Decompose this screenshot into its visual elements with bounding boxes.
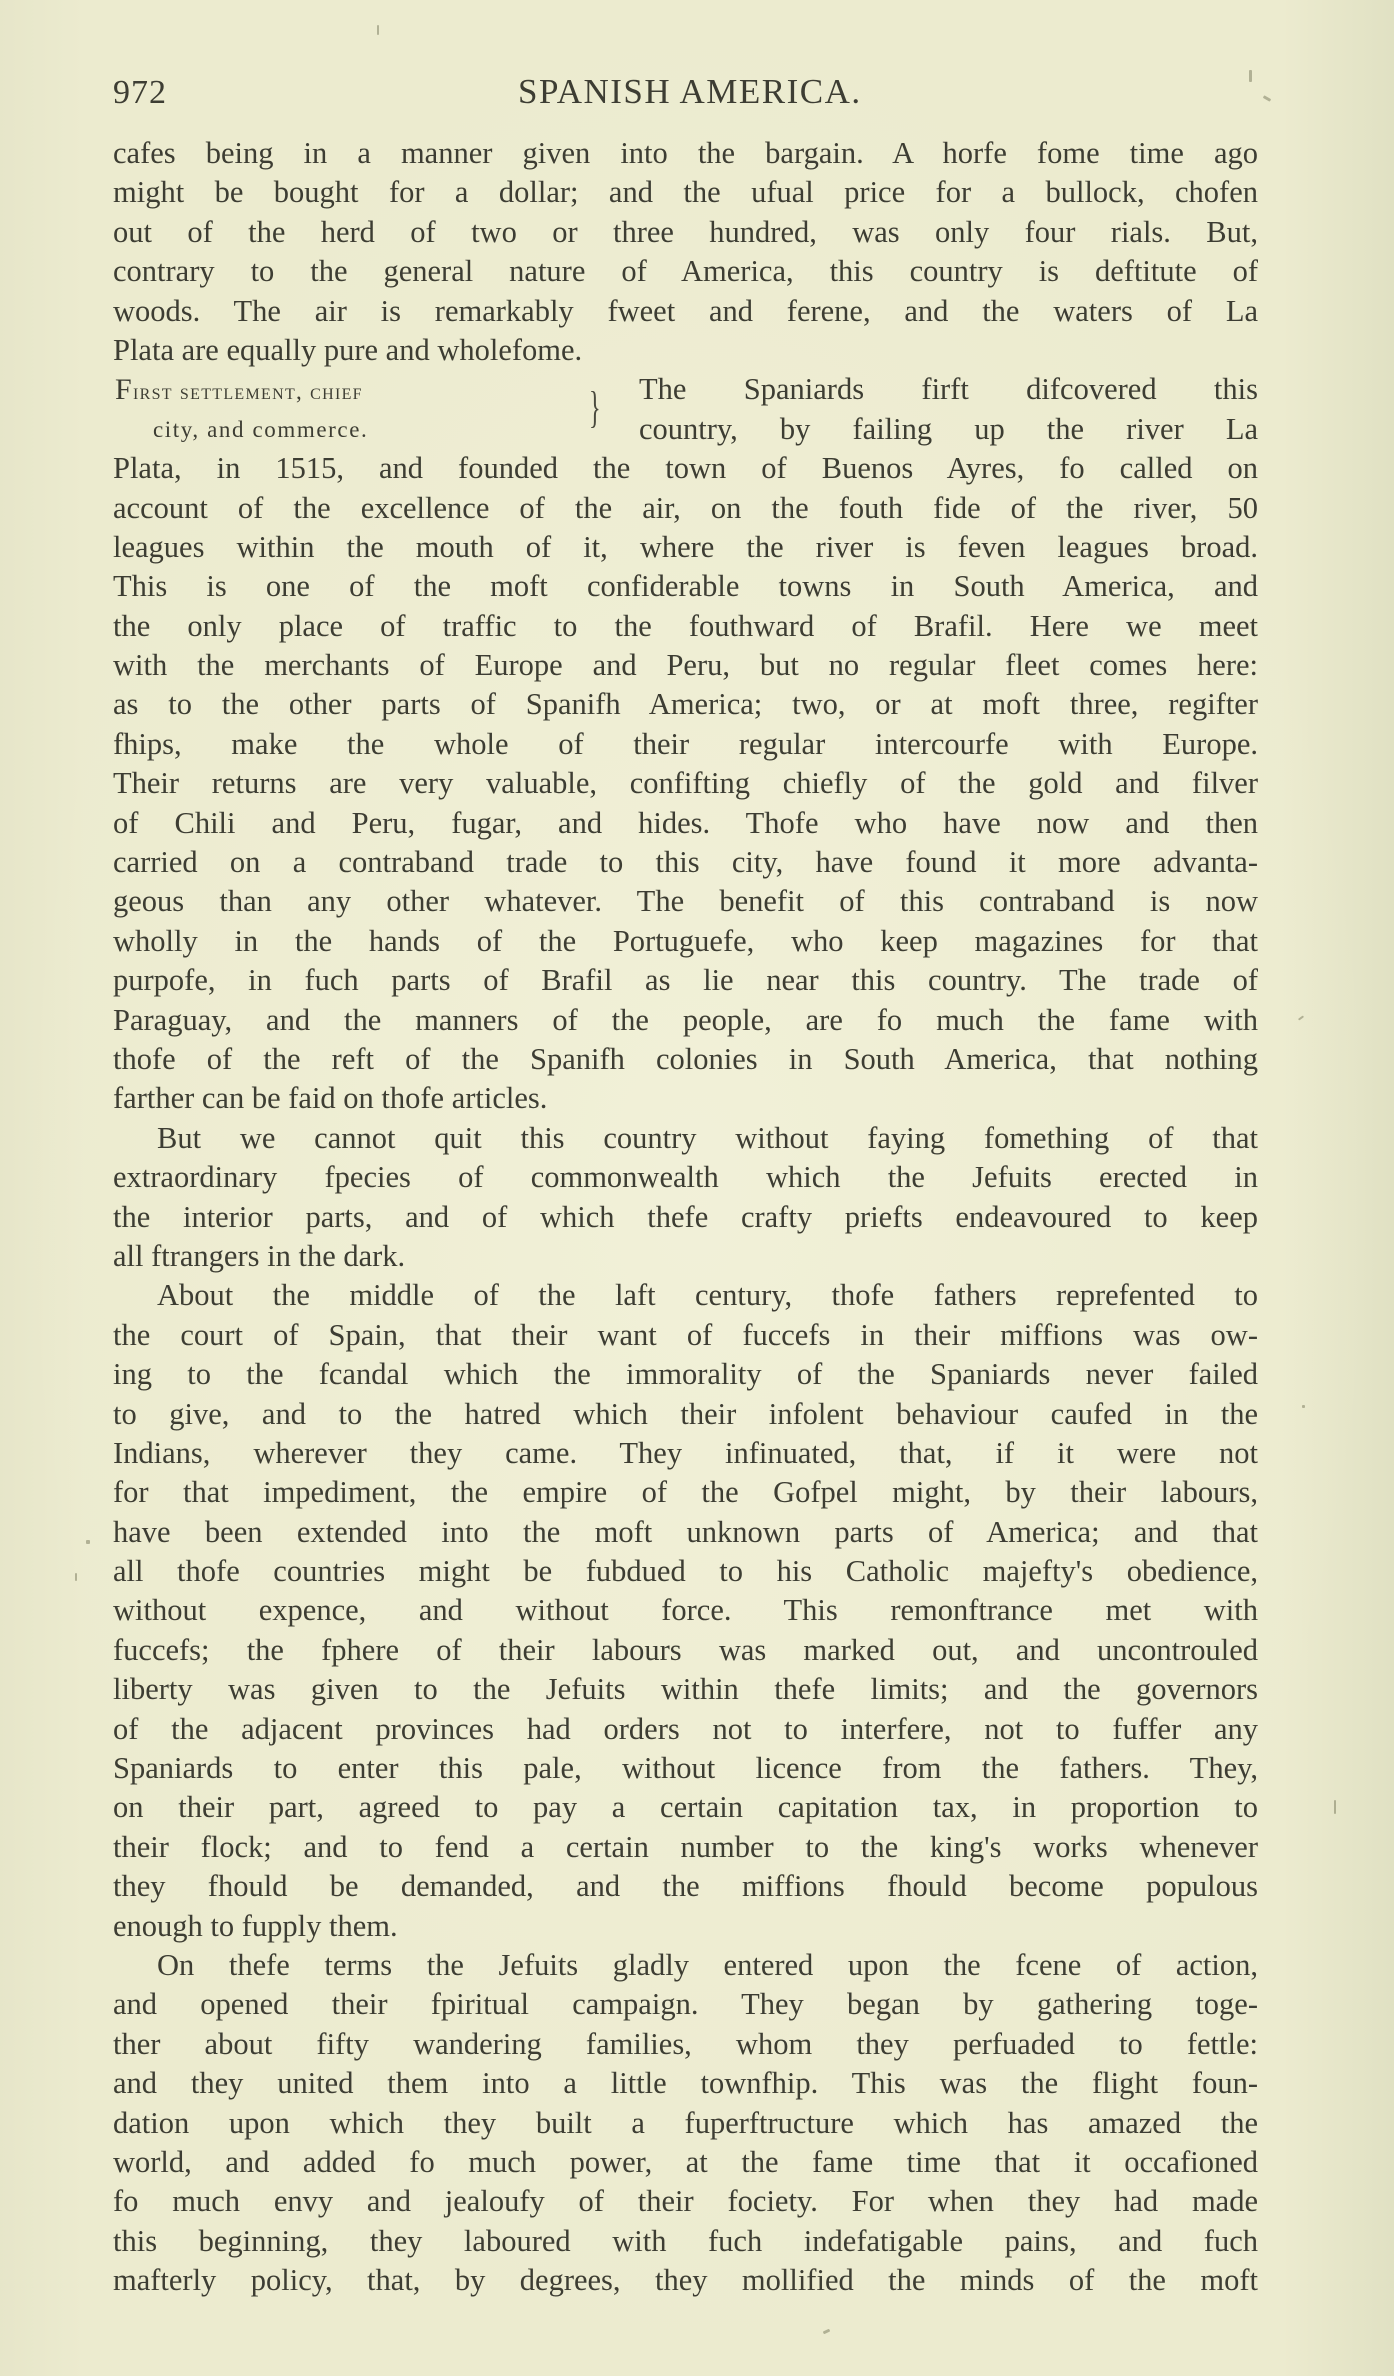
text-line: to give, and to the hatred which their i… [113, 1395, 1258, 1434]
marginal-heading: First settlement, chief [113, 370, 583, 409]
text-line: might be bought for a dollar; and the uf… [113, 173, 1258, 212]
text-line: fhips, make the whole of their regular i… [113, 725, 1258, 764]
text-line: Plata, in 1515, and founded the town of … [113, 449, 1258, 488]
text-line: fo much envy and jealoufy of their focie… [113, 2182, 1258, 2221]
text-line: contrary to the general nature of Americ… [113, 252, 1258, 291]
text-line: purpofe, in fuch parts of Brafil as lie … [113, 961, 1258, 1000]
text-line: account of the excellence of the air, on… [113, 489, 1258, 528]
text-line: geous than any other whatever. The benef… [113, 882, 1258, 921]
book-page: 972 SPANISH AMERICA. cafes being in a ma… [0, 0, 1394, 2376]
section-heading-row: First settlement, chief } The Spaniards … [113, 370, 1258, 409]
paper-speck [1263, 95, 1271, 102]
text-line: leagues within the mouth of it, where th… [113, 528, 1258, 567]
text-line: Spaniards to enter this pale, without li… [113, 1749, 1258, 1788]
text-line: Plata are equally pure and wholefome. [113, 331, 1258, 370]
text-line: their flock; and to fend a certain numbe… [113, 1828, 1258, 1867]
page-number: 972 [113, 74, 167, 112]
text-line: extraordinary fpecies of commonwealth wh… [113, 1158, 1258, 1197]
text-line: out of the herd of two or three hundred,… [113, 213, 1258, 252]
section-heading-row: city, and commerce. country, by failing … [113, 410, 1258, 449]
paper-speck [86, 1540, 90, 1544]
marginal-heading: city, and commerce. [113, 410, 583, 449]
body-text: cafes being in a manner given into the b… [113, 134, 1258, 2300]
text-line: carried on a contraband trade to this ci… [113, 843, 1258, 882]
marginal-heading-line-1: First settlement, chief [115, 370, 363, 411]
paper-speck [1302, 1405, 1305, 1408]
paragraph-start: On thefe terms the Jefuits gladly entere… [113, 1946, 1258, 1985]
text-line: Paraguay, and the manners of the people,… [113, 1001, 1258, 1040]
text-line: dation upon which they built a fuperftru… [113, 2104, 1258, 2143]
paper-speck [1298, 1015, 1304, 1020]
paper-speck [1334, 1800, 1336, 1814]
text-line: Their returns are very valuable, confift… [113, 764, 1258, 803]
paper-speck [823, 2329, 831, 2335]
paragraph-start: But we cannot quit this country without … [113, 1119, 1258, 1158]
page-header: 972 SPANISH AMERICA. [113, 66, 1258, 116]
text-line: country, by failing up the river La [639, 410, 1258, 449]
text-line: and opened their fpiritual campaign. The… [113, 1985, 1258, 2024]
text-line: on their part, agreed to pay a certain c… [113, 1788, 1258, 1827]
text-line: this beginning, they laboured with fuch … [113, 2222, 1258, 2261]
text-line: they fhould be demanded, and the miffion… [113, 1867, 1258, 1906]
text-line: as to the other parts of Spanifh America… [113, 685, 1258, 724]
text-line: for that impediment, the empire of the G… [113, 1473, 1258, 1512]
text-line: mafterly policy, that, by degrees, they … [113, 2261, 1258, 2300]
text-line: woods. The air is remarkably fweet and f… [113, 292, 1258, 331]
text-line: wholly in the hands of the Portuguefe, w… [113, 922, 1258, 961]
text-line: enough to fupply them. [113, 1907, 1258, 1946]
paper-speck [1249, 70, 1252, 82]
text-line: thofe of the reft of the Spanifh colonie… [113, 1040, 1258, 1079]
text-line: world, and added fo much power, at the f… [113, 2143, 1258, 2182]
text-line: ther about fifty wandering families, who… [113, 2025, 1258, 2064]
text-line: without expence, and without force. This… [113, 1591, 1258, 1630]
text-line: liberty was given to the Jefuits within … [113, 1670, 1258, 1709]
brace-icon: } [583, 370, 639, 409]
text-line: the only place of traffic to the fouthwa… [113, 607, 1258, 646]
text-line: of Chili and Peru, fugar, and hides. Tho… [113, 804, 1258, 843]
text-line: the court of Spain, that their want of f… [113, 1316, 1258, 1355]
text-line: Indians, wherever they came. They infinu… [113, 1434, 1258, 1473]
text-line: ing to the fcandal which the immorality … [113, 1355, 1258, 1394]
text-line: have been extended into the moft unknown… [113, 1513, 1258, 1552]
marginal-heading-line-2: city, and commerce. [153, 410, 368, 449]
paper-speck [75, 1573, 77, 1581]
text-line: cafes being in a manner given into the b… [113, 134, 1258, 173]
text-line: fuccefs; the fphere of their labours was… [113, 1631, 1258, 1670]
text-line: The Spaniards firft difcovered this [639, 370, 1258, 409]
text-line: with the merchants of Europe and Peru, b… [113, 646, 1258, 685]
text-line: of the adjacent provinces had orders not… [113, 1710, 1258, 1749]
text-line: This is one of the moft confiderable tow… [113, 567, 1258, 606]
text-line: farther can be faid on thofe articles. [113, 1079, 1258, 1118]
text-line: all ftrangers in the dark. [113, 1237, 1258, 1276]
paragraph-start: About the middle of the laft century, th… [113, 1276, 1258, 1315]
text-line: and they united them into a little townf… [113, 2064, 1258, 2103]
text-line: all thofe countries might be fubdued to … [113, 1552, 1258, 1591]
paper-speck [377, 25, 379, 35]
text-line: the interior parts, and of which thefe c… [113, 1198, 1258, 1237]
running-head: SPANISH AMERICA. [518, 72, 862, 112]
